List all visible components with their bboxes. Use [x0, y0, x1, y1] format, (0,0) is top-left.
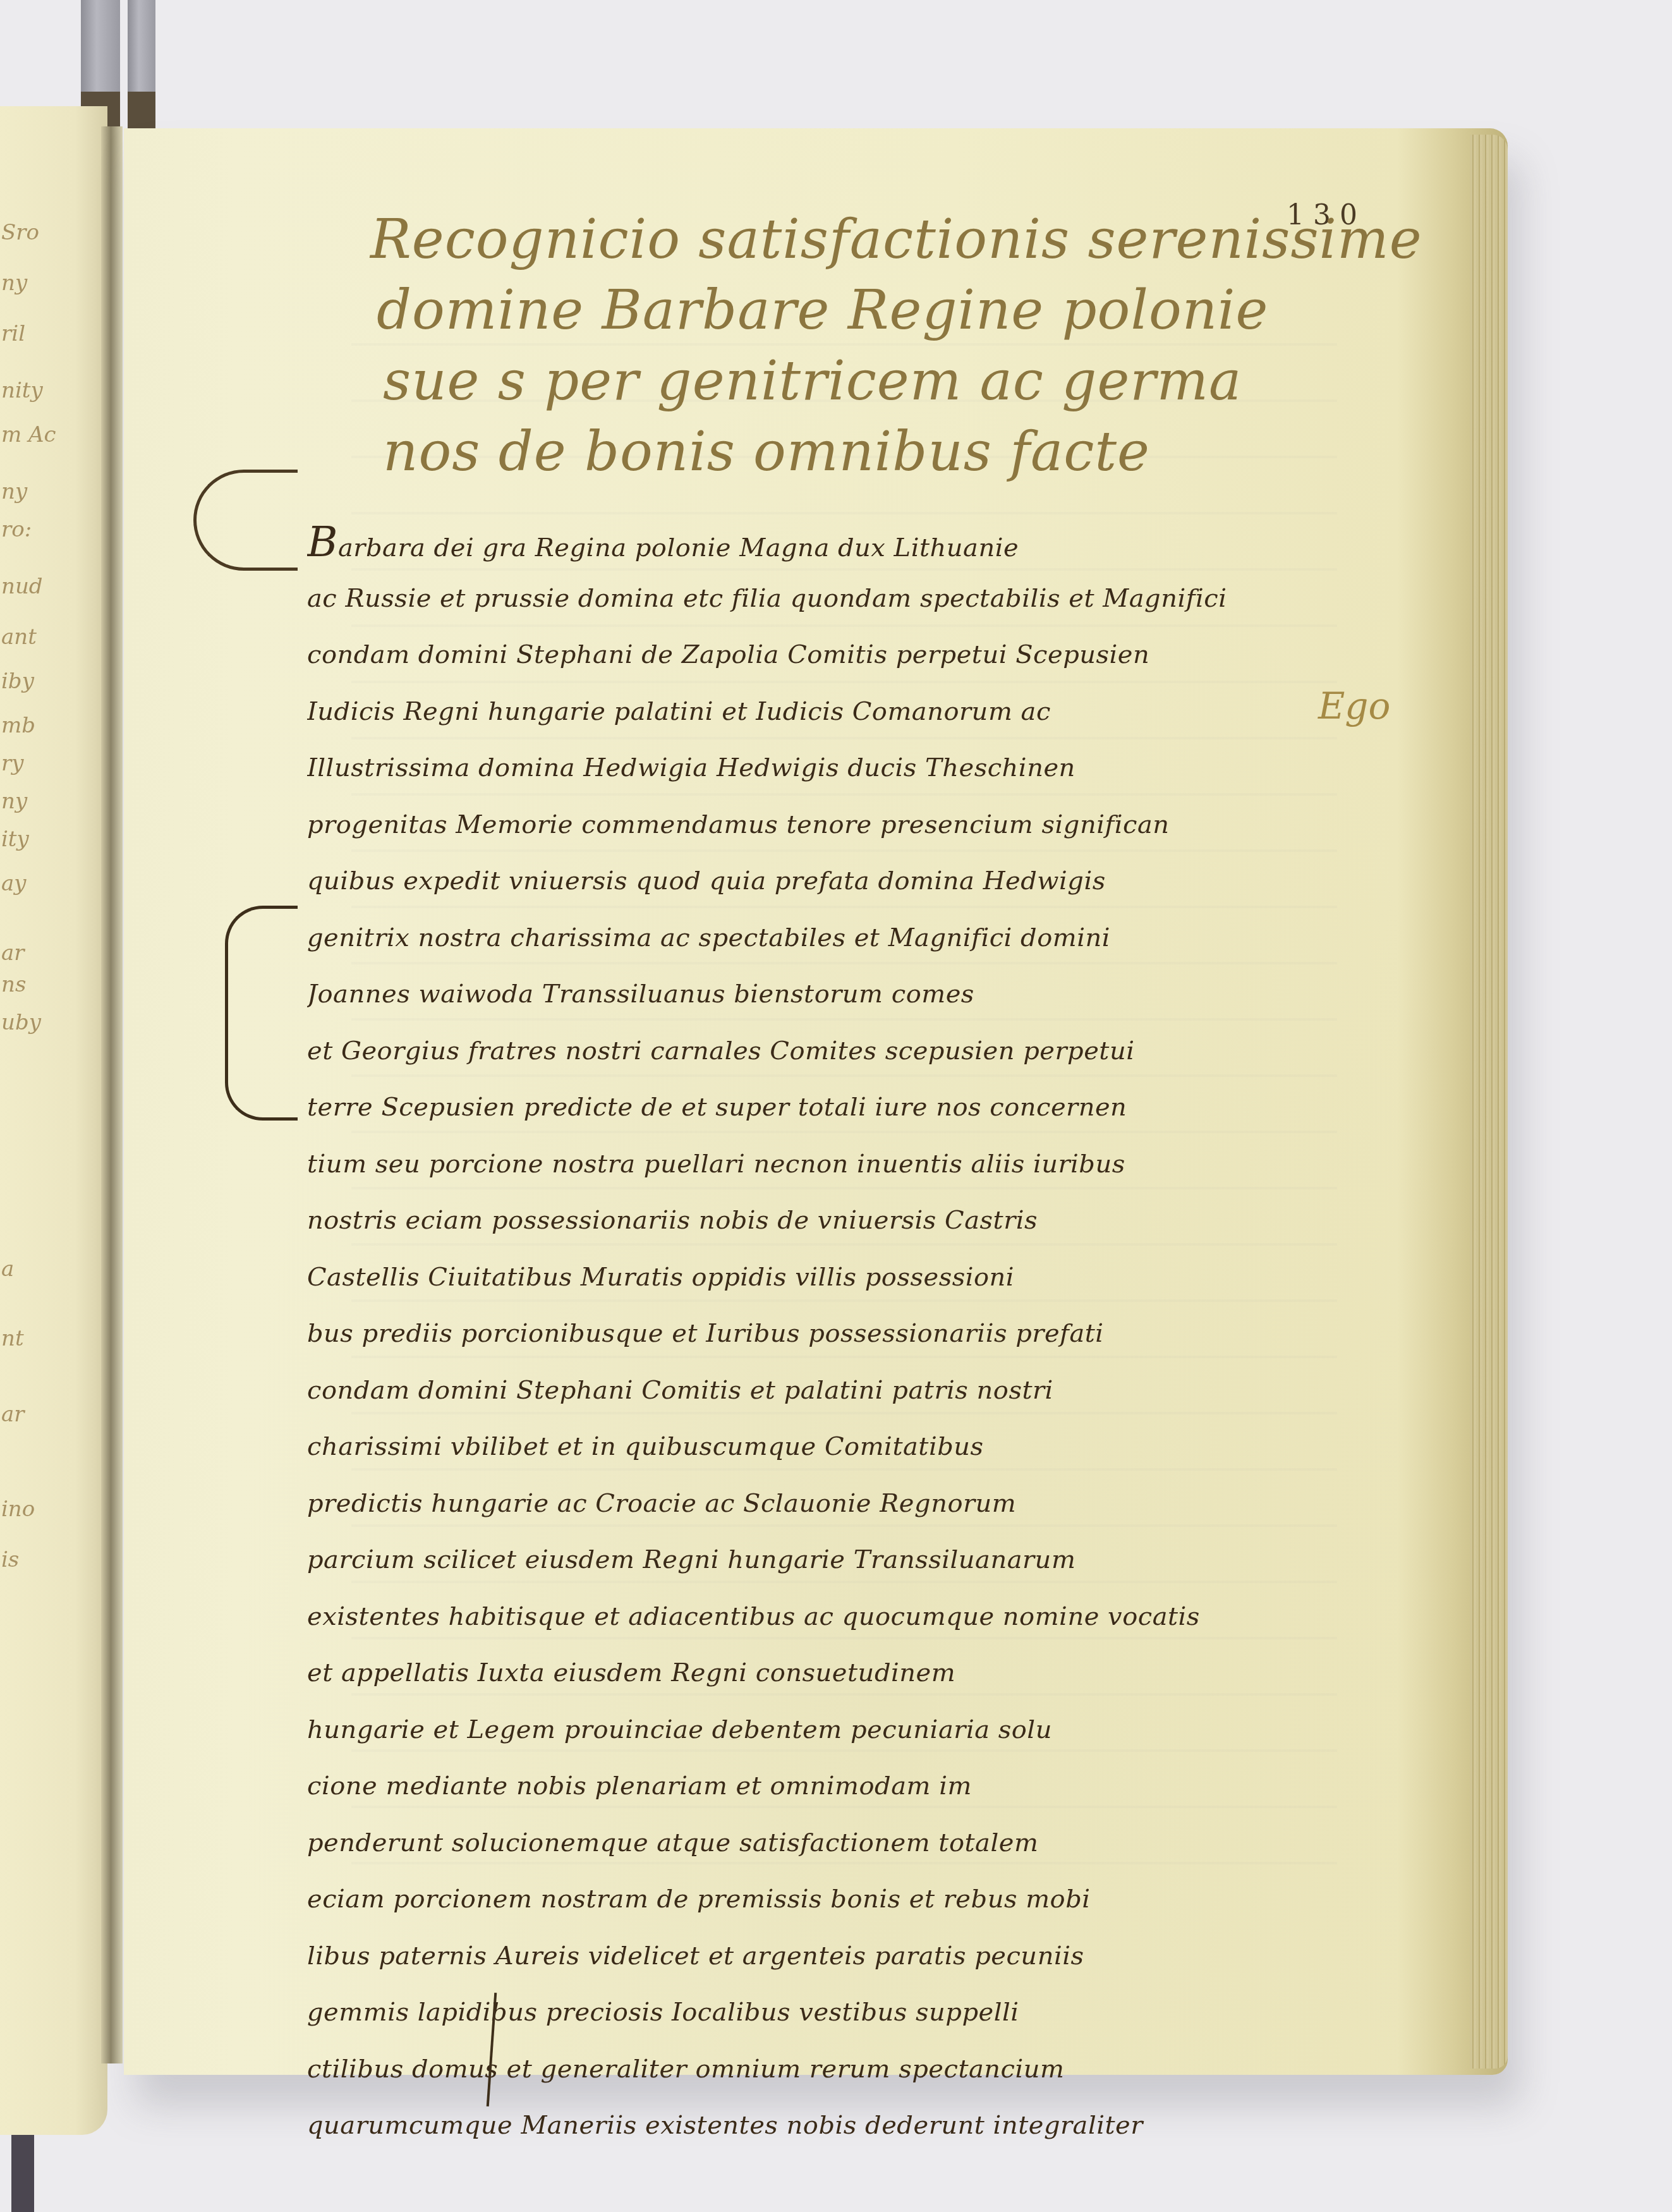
document-body: Barbara dei gra Regina polonie Magna dux…	[307, 514, 1381, 2154]
body-line: Barbara dei gra Regina polonie Magna dux…	[307, 514, 1381, 571]
left-page-text: ity	[1, 827, 29, 852]
body-line: ctilibus domus et generaliter omnium rer…	[307, 2041, 1381, 2098]
body-line: quibus expedit vniuersis quod quia prefa…	[307, 853, 1381, 910]
body-line: Joannes waiwoda Transsiluanus bienstorum…	[307, 966, 1381, 1023]
body-line: Illustrissima domina Hedwigia Hedwigis d…	[307, 740, 1381, 797]
body-line: charissimi vbilibet et in quibuscumque C…	[307, 1419, 1381, 1476]
body-line: gemmis lapidibus preciosis Iocalibus ves…	[307, 1984, 1381, 2041]
heading-line: nos de bonis omnibus facte	[370, 416, 1381, 487]
heading-line: sue s per genitricem ac germa	[370, 346, 1381, 416]
left-page-text: ar	[1, 1402, 25, 1427]
body-line: condam domini Stephani de Zapolia Comiti…	[307, 627, 1381, 684]
left-page-text: iby	[1, 669, 34, 694]
initial-letter: B	[307, 518, 338, 566]
heading-line: domine Barbare Regine polonie	[370, 275, 1381, 346]
left-page-text: Sro	[1, 220, 39, 245]
left-page-text: ny	[1, 479, 27, 504]
body-line: Iudicis Regni hungarie palatini et Iudic…	[307, 684, 1381, 741]
left-page-text: ny	[1, 270, 27, 296]
left-page-text: m Ac	[1, 422, 56, 447]
page-fore-edge	[1470, 135, 1508, 2069]
body-line: cione mediante nobis plenariam et omnimo…	[307, 1758, 1381, 1815]
left-page-text: a	[1, 1256, 14, 1282]
left-page-text: ay	[1, 871, 26, 896]
capital-flourish-icon	[225, 906, 298, 1121]
body-line: eciam porcionem nostram de premissis bon…	[307, 1871, 1381, 1928]
body-line: terre Scepusien predicte de et super tot…	[307, 1079, 1381, 1136]
body-line: hungarie et Legem prouinciae debentem pe…	[307, 1702, 1381, 1759]
body-line: bus prediis porcionibusque et Iuribus po…	[307, 1306, 1381, 1363]
left-page-text: ril	[1, 321, 25, 346]
left-page-text: nud	[1, 574, 43, 599]
left-page-text: ry	[1, 751, 23, 776]
body-line: existentes habitisque et adiacentibus ac…	[307, 1589, 1381, 1646]
binding-clamp-right	[128, 0, 155, 130]
body-line: quarumcumque Maneriis existentes nobis d…	[307, 2098, 1381, 2154]
body-line: parcium scilicet eiusdem Regni hungarie …	[307, 1532, 1381, 1589]
body-line: progenitas Memorie commendamus tenore pr…	[307, 797, 1381, 854]
body-line: tium seu porcione nostra puellari necnon…	[307, 1136, 1381, 1193]
body-line: et appellatis Iuxta eiusdem Regni consue…	[307, 1645, 1381, 1702]
left-page-text: ant	[1, 624, 37, 650]
recto-page: 130 Recognicio satisfactionis serenissim…	[124, 128, 1508, 2075]
left-page-text: ro:	[1, 517, 32, 542]
body-line: ac Russie et prussie domina etc filia qu…	[307, 571, 1381, 628]
body-line: Castellis Ciuitatibus Muratis oppidis vi…	[307, 1249, 1381, 1306]
body-line: penderunt solucionemque atque satisfacti…	[307, 1815, 1381, 1872]
left-page-text: ny	[1, 789, 27, 814]
left-page-text: ar	[1, 940, 25, 966]
body-line: nostris eciam possessionariis nobis de v…	[307, 1193, 1381, 1249]
left-page-text: is	[1, 1547, 19, 1572]
initial-flourish-icon	[193, 470, 298, 571]
book-gutter	[101, 126, 123, 2063]
left-page-text: ino	[1, 1497, 35, 1522]
body-line: genitrix nostra charissima ac spectabile…	[307, 910, 1381, 967]
left-page-text: nt	[1, 1326, 24, 1351]
body-line: condam domini Stephani Comitis et palati…	[307, 1363, 1381, 1419]
heading-line: Recognicio satisfactionis serenissime	[370, 204, 1381, 275]
left-page-text: mb	[1, 713, 35, 738]
document-heading: Recognicio satisfactionis serenissime do…	[370, 204, 1381, 487]
left-page-text: uby	[1, 1010, 41, 1035]
left-page-text: ns	[1, 972, 26, 997]
left-page-text: nity	[1, 378, 43, 403]
body-line: predictis hungarie ac Croacie ac Sclauon…	[307, 1476, 1381, 1533]
body-line: libus paternis Aureis videlicet et argen…	[307, 1928, 1381, 1985]
body-line: et Georgius fratres nostri carnales Comi…	[307, 1023, 1381, 1080]
verso-page-fragment: Sro ny ril nity m Ac ny ro: nud ant iby …	[0, 106, 107, 2135]
